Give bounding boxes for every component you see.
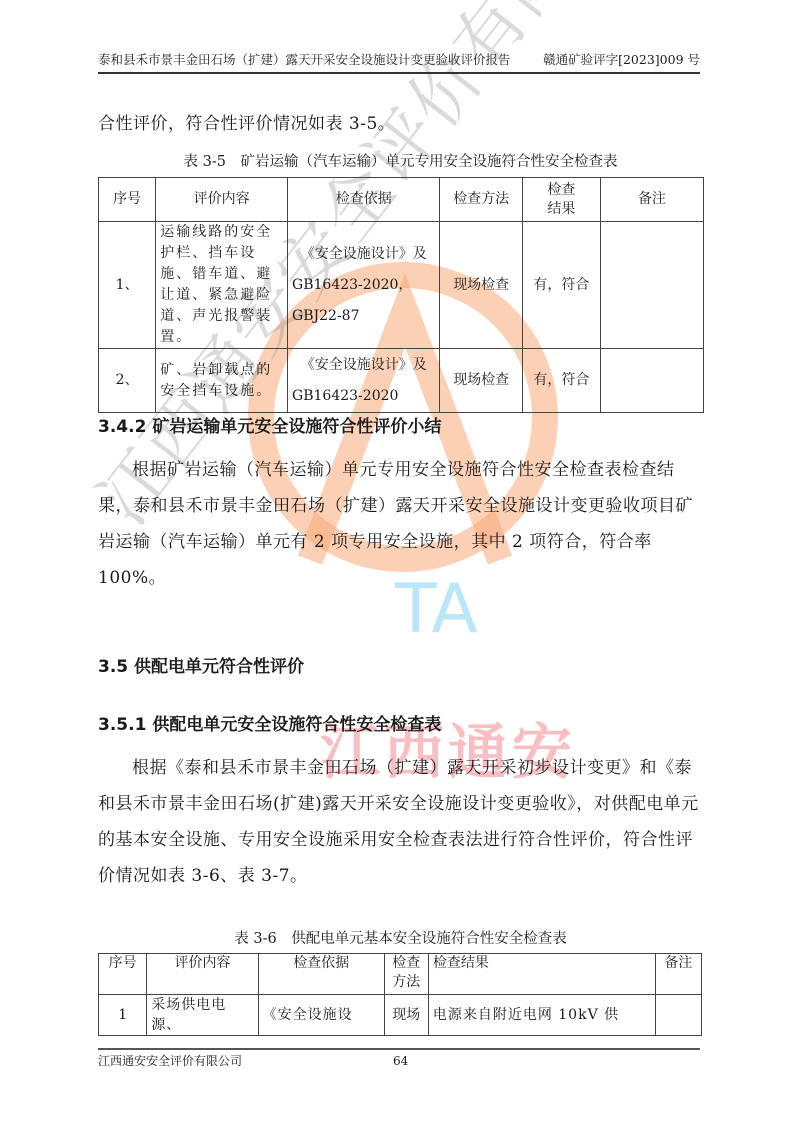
document-page: TA 江西通安 江西通安安全评价有限公司 泰和县禾市景丰金田石场（扩建）露天开采… — [0, 0, 800, 1131]
table-header-row: 序号 评价内容 检查依据 检查方法 检查结果 备注 — [99, 178, 704, 222]
header-cell: 评价内容 — [156, 178, 288, 222]
row-number: 1、 — [99, 222, 156, 349]
header-cell-text: 检查结果 — [544, 181, 578, 219]
header-cell: 检查依据 — [288, 178, 440, 222]
table-3-6: 序号 评价内容 检查依据 检查方法 检查结果 备注 1 采场供电电源、 《安全设… — [98, 953, 702, 1036]
table-3-6-caption: 表 3-6 供配电单元基本安全设施符合性安全检查表 — [98, 927, 703, 948]
row-number: 2、 — [99, 349, 156, 413]
row-content: 采场供电电源、 — [147, 995, 258, 1036]
header-cell: 备注 — [600, 178, 703, 222]
table-row: 2、 矿、岩卸载点的安全挡车设施。 《安全设施设计》及 GB16423-2020… — [99, 349, 704, 413]
header-cell: 检查结果 — [428, 954, 655, 995]
header-cell: 序号 — [99, 954, 147, 995]
header-cell: 检查依据 — [258, 954, 384, 995]
row-result: 有，符合 — [522, 349, 600, 413]
header-cell-text: 检查方法 — [391, 954, 421, 992]
section-3-4-2-paragraph: 根据矿岩运输（汽车运输）单元专用安全设施符合性安全检查表检查结果，泰和县禾市景丰… — [98, 452, 703, 596]
row-remark — [600, 349, 703, 413]
row-remark — [600, 222, 703, 349]
basis-line: GBJ22-87 — [292, 301, 435, 332]
header-cell: 备注 — [655, 954, 701, 995]
row-basis: 《安全设施设计》及 GB16423-2020 — [288, 349, 440, 413]
section-3-5-heading: 3.5 供配电单元符合性评价 — [98, 652, 304, 677]
table-3-5: 序号 评价内容 检查依据 检查方法 检查结果 备注 1、 运输线路的安全护栏、挡… — [98, 177, 704, 413]
basis-line: GB16423-2020， — [292, 270, 435, 301]
row-basis: 《安全设施设 — [258, 995, 384, 1036]
row-number: 1 — [99, 995, 147, 1036]
report-title: 泰和县禾市景丰金田石场（扩建）露天开采安全设施设计变更验收评价报告 — [98, 50, 511, 70]
header-cell: 检查方法 — [440, 178, 523, 222]
basis-line: 《安全设施设计》及 — [292, 239, 435, 270]
page-header: 泰和县禾市景丰金田石场（扩建）露天开采安全设施设计变更验收评价报告 赣通矿验评字… — [98, 50, 700, 74]
section-3-5-1-heading: 3.5.1 供配电单元安全设施符合性安全检查表 — [98, 710, 441, 735]
row-method: 现场检查 — [440, 349, 523, 413]
row-result: 电源来自附近电网 10kV 供 — [428, 995, 655, 1036]
section-3-4-2-heading: 3.4.2 矿岩运输单元安全设施符合性评价小结 — [98, 412, 441, 437]
section-3-5-1-paragraph: 根据《泰和县禾市景丰金田石场（扩建）露天开采初步设计变更》和《泰和县禾市景丰金田… — [98, 750, 703, 894]
intro-line: 合性评价，符合性评价情况如表 3-5。 — [98, 106, 703, 142]
row-content: 运输线路的安全护栏、挡车设施、错车道、避让道、紧急避险道、声光报警装置。 — [156, 222, 288, 349]
row-method: 现场 — [384, 995, 428, 1036]
page-footer: 江西通安安全评价有限公司 64 — [98, 1048, 700, 1050]
header-cell: 检查结果 — [522, 178, 600, 222]
row-method: 现场检查 — [440, 222, 523, 349]
row-result: 有，符合 — [522, 222, 600, 349]
basis-line: 《安全设施设计》及 — [292, 350, 435, 381]
header-cell: 序号 — [99, 178, 156, 222]
table-row: 1 采场供电电源、 《安全设施设 现场 电源来自附近电网 10kV 供 — [99, 995, 702, 1036]
basis-line: GB16423-2020 — [292, 381, 435, 412]
document-number: 赣通矿验评字[2023]009 号 — [543, 50, 700, 70]
footer-company: 江西通安安全评价有限公司 — [98, 1052, 242, 1070]
row-remark — [655, 995, 701, 1036]
page-number: 64 — [393, 1052, 408, 1070]
table-row: 1、 运输线路的安全护栏、挡车设施、错车道、避让道、紧急避险道、声光报警装置。 … — [99, 222, 704, 349]
table-header-row: 序号 评价内容 检查依据 检查方法 检查结果 备注 — [99, 954, 702, 995]
table-3-5-caption: 表 3-5 矿岩运输（汽车运输）单元专用安全设施符合性安全检查表 — [98, 150, 703, 171]
row-basis: 《安全设施设计》及 GB16423-2020， GBJ22-87 — [288, 222, 440, 349]
header-cell: 检查方法 — [384, 954, 428, 995]
header-cell: 评价内容 — [147, 954, 258, 995]
row-content: 矿、岩卸载点的安全挡车设施。 — [156, 349, 288, 413]
